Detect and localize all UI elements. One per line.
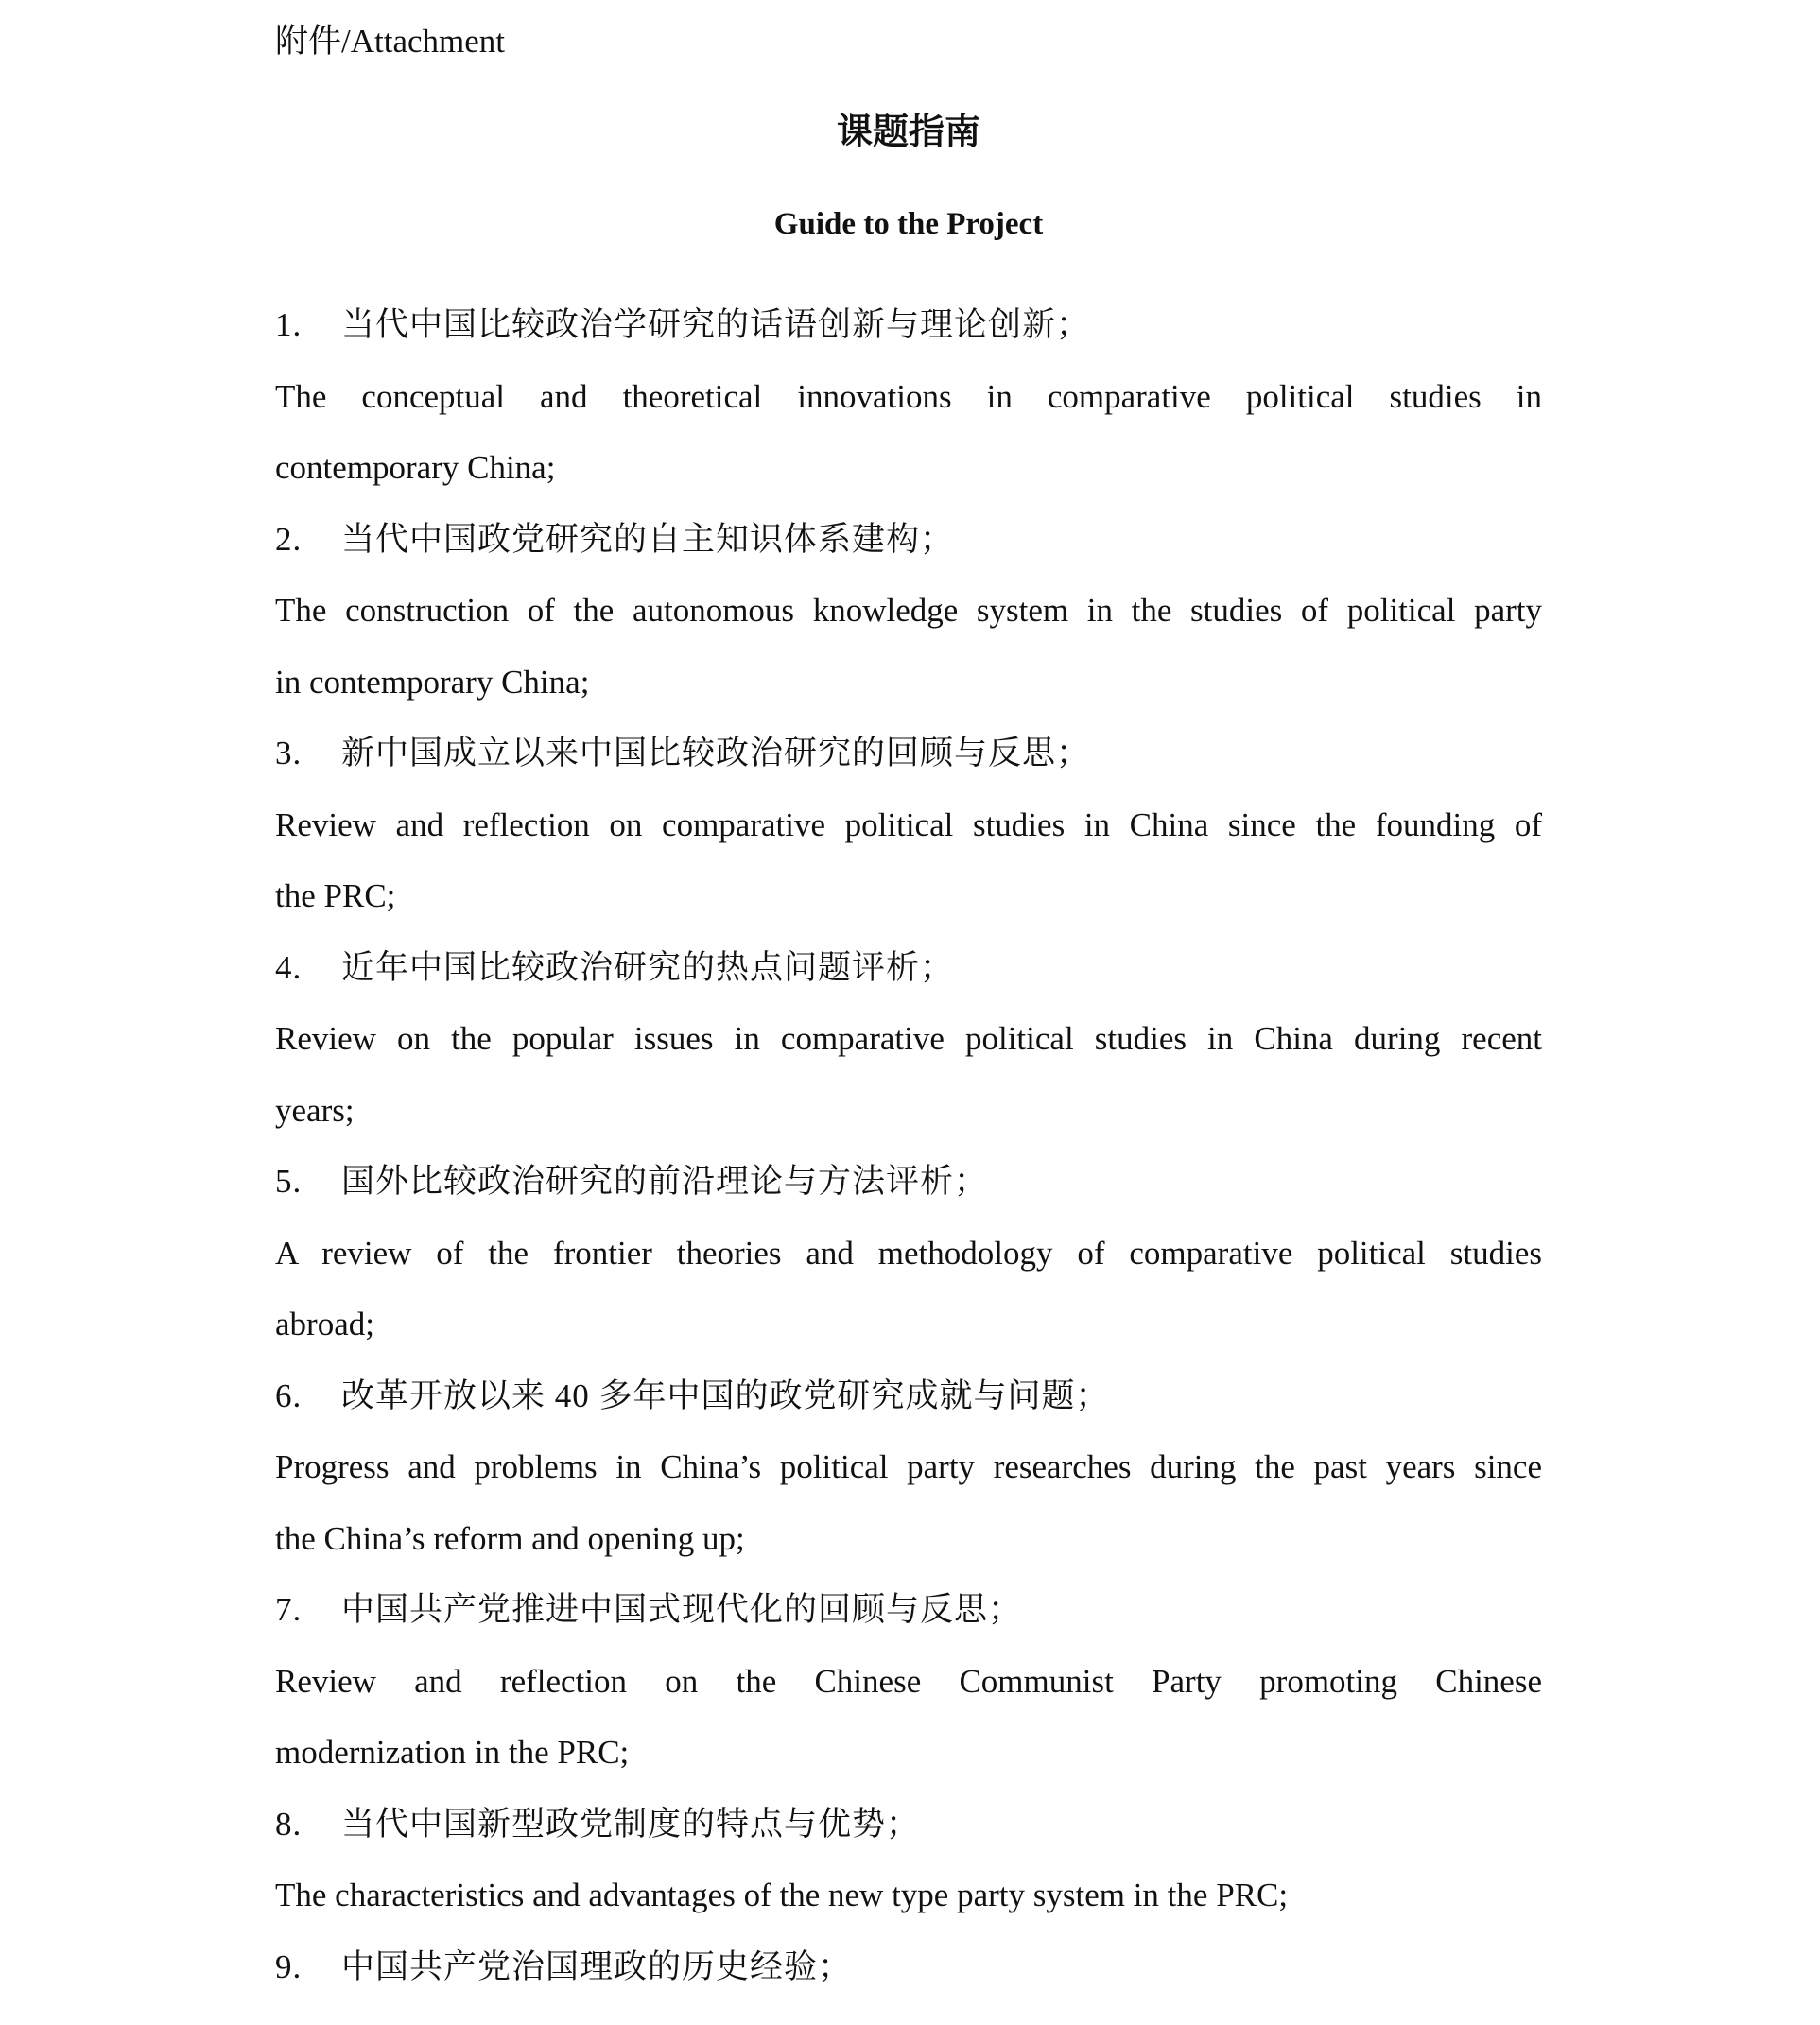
topic-8-cn: 8.当代中国新型政党制度的特点与优势； bbox=[275, 1798, 1542, 1870]
topic-number: 6. bbox=[275, 1370, 341, 1423]
topic-5-en-line-1: A review of the frontier theories and me… bbox=[275, 1227, 1542, 1299]
topic-4-en-line-1: Review on the popular issues in comparat… bbox=[275, 1012, 1542, 1084]
topic-5-en-line-2: abroad; bbox=[275, 1298, 1542, 1370]
topic-cn-text: 新中国成立以来中国比较政治研究的回顾与反思； bbox=[341, 735, 1090, 771]
topic-cn-text: 当代中国政党研究的自主知识体系建构； bbox=[341, 521, 954, 558]
topic-2-en-line-1: The construction of the autonomous knowl… bbox=[275, 584, 1542, 656]
topic-6-en-line-1: Progress and problems in China’s politic… bbox=[275, 1441, 1542, 1513]
topic-number: 3. bbox=[275, 727, 341, 780]
topic-1-cn: 1.当代中国比较政治学研究的话语创新与理论创新； bbox=[275, 299, 1542, 371]
topic-2-cn: 2.当代中国政党研究的自主知识体系建构； bbox=[275, 513, 1542, 585]
topic-cn-text: 中国共产党治国理政的历史经验； bbox=[341, 1948, 852, 1985]
topic-cn-text: 改革开放以来 40 多年中国的政党研究成就与问题； bbox=[341, 1377, 1110, 1414]
page-title-cn: 课题指南 bbox=[275, 106, 1542, 159]
page-title-en: Guide to the Project bbox=[275, 200, 1542, 248]
topic-cn-text: 当代中国新型政党制度的特点与优势； bbox=[341, 1806, 920, 1843]
topic-9-cn: 9.中国共产党治国理政的历史经验； bbox=[275, 1941, 1542, 2013]
topic-2-en-line-2: in contemporary China; bbox=[275, 656, 1542, 728]
topic-number: 1. bbox=[275, 299, 341, 352]
topic-7-en-line-1: Review and reflection on the Chinese Com… bbox=[275, 1655, 1542, 1727]
topic-6-en-line-2: the China’s reform and opening up; bbox=[275, 1513, 1542, 1584]
topic-number: 5. bbox=[275, 1155, 341, 1208]
topic-7-cn: 7.中国共产党推进中国式现代化的回顾与反思； bbox=[275, 1584, 1542, 1655]
topic-3-en-line-2: the PRC; bbox=[275, 870, 1542, 942]
topic-1-en-line-1: The conceptual and theoretical innovatio… bbox=[275, 371, 1542, 442]
topic-1-en-line-2: contemporary China; bbox=[275, 441, 1542, 513]
topic-number: 4. bbox=[275, 942, 341, 995]
topic-number: 9. bbox=[275, 1941, 341, 1994]
topic-7-en-line-2: modernization in the PRC; bbox=[275, 1726, 1542, 1798]
topic-list: 1.当代中国比较政治学研究的话语创新与理论创新； The conceptual … bbox=[275, 299, 1542, 2012]
topic-number: 8. bbox=[275, 1798, 341, 1851]
topic-3-cn: 3.新中国成立以来中国比较政治研究的回顾与反思； bbox=[275, 727, 1542, 799]
topic-4-en-line-2: years; bbox=[275, 1084, 1542, 1156]
topic-cn-text: 近年中国比较政治研究的热点问题评析； bbox=[341, 949, 954, 986]
topic-cn-text: 当代中国比较政治学研究的话语创新与理论创新； bbox=[341, 306, 1090, 343]
topic-number: 2. bbox=[275, 513, 341, 566]
attachment-label: 附件/Attachment bbox=[275, 19, 505, 64]
topic-5-cn: 5.国外比较政治研究的前沿理论与方法评析； bbox=[275, 1155, 1542, 1227]
topic-cn-text: 国外比较政治研究的前沿理论与方法评析； bbox=[341, 1163, 988, 1200]
topic-number: 7. bbox=[275, 1584, 341, 1636]
topic-cn-text: 中国共产党推进中国式现代化的回顾与反思； bbox=[341, 1591, 1022, 1628]
topic-6-cn: 6.改革开放以来 40 多年中国的政党研究成就与问题； bbox=[275, 1370, 1542, 1442]
topic-8-en-line-1: The characteristics and advantages of th… bbox=[275, 1869, 1542, 1941]
topic-3-en-line-1: Review and reflection on comparative pol… bbox=[275, 799, 1542, 871]
topic-4-cn: 4.近年中国比较政治研究的热点问题评析； bbox=[275, 942, 1542, 1013]
